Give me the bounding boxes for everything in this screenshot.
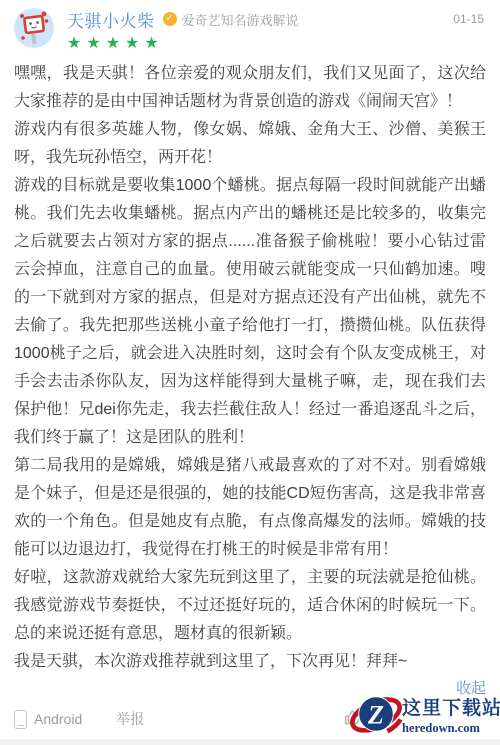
review-paragraph: 好啦，这款游戏就给大家先玩到这里了，主要的玩法就是抢仙桃。我感觉游戏节奏挺快，不… <box>14 564 486 648</box>
badge-label: 爱奇艺知名游戏解说 <box>182 10 299 29</box>
review-paragraph: 嘿嘿，我是天骐！各位亲爱的观众朋友们，我们又见面了，这次给大家推荐的是由中国神话… <box>14 60 486 116</box>
header-main: 天骐小火柴 ✓ 爱奇艺知名游戏解说 ★★★★★ <box>67 8 486 53</box>
review-footer: Android 举报 <box>14 707 486 731</box>
review-paragraph: 第二局我用的是嫦娥，嫦娥是猪八戒最喜欢的了对不对。别看嫦娥是个妹子，但是还是很强… <box>14 452 486 564</box>
review-paragraph: 游戏的目标就是要收集1000个蟠桃。据点每隔一段时间就能产出蟠桃。我们先去收集蟠… <box>14 172 486 452</box>
review-paragraph: 游戏内有很多英雄人物，像女娲、嫦娥、金角大王、沙僧、美猴王呀，我先玩孙悟空，两开… <box>14 116 486 172</box>
review-body: 嘿嘿，我是天骐！各位亲爱的观众朋友们，我们又见面了，这次给大家推荐的是由中国神话… <box>0 60 500 676</box>
name-row: 天骐小火柴 ✓ 爱奇艺知名游戏解说 <box>67 8 486 30</box>
collapse-link[interactable]: 收起 <box>456 680 486 697</box>
avatar[interactable] <box>14 8 54 48</box>
thumbs-up-icon[interactable] <box>343 707 364 731</box>
phone-icon <box>14 710 27 729</box>
collapse-row: 收起 <box>0 676 500 702</box>
avatar-image <box>14 8 54 48</box>
review-paragraph: 我是天骐，本次游戏推荐就到这里了，下次再见！拜拜~ <box>14 648 486 676</box>
verified-badge-icon: ✓ <box>163 12 177 26</box>
review-card: 天骐小火柴 ✓ 爱奇艺知名游戏解说 ★★★★★ 01-15 嘿嘿，我是天骐！各位… <box>0 0 500 745</box>
report-button[interactable]: 举报 <box>116 709 144 729</box>
review-header: 天骐小火柴 ✓ 爱奇艺知名游戏解说 ★★★★★ 01-15 <box>0 0 500 53</box>
username[interactable]: 天骐小火柴 <box>67 7 155 32</box>
rating-stars: ★★★★★ <box>67 33 486 53</box>
bottom-divider <box>0 739 500 745</box>
review-date: 01-15 <box>453 12 484 26</box>
platform-label: Android <box>34 711 82 727</box>
